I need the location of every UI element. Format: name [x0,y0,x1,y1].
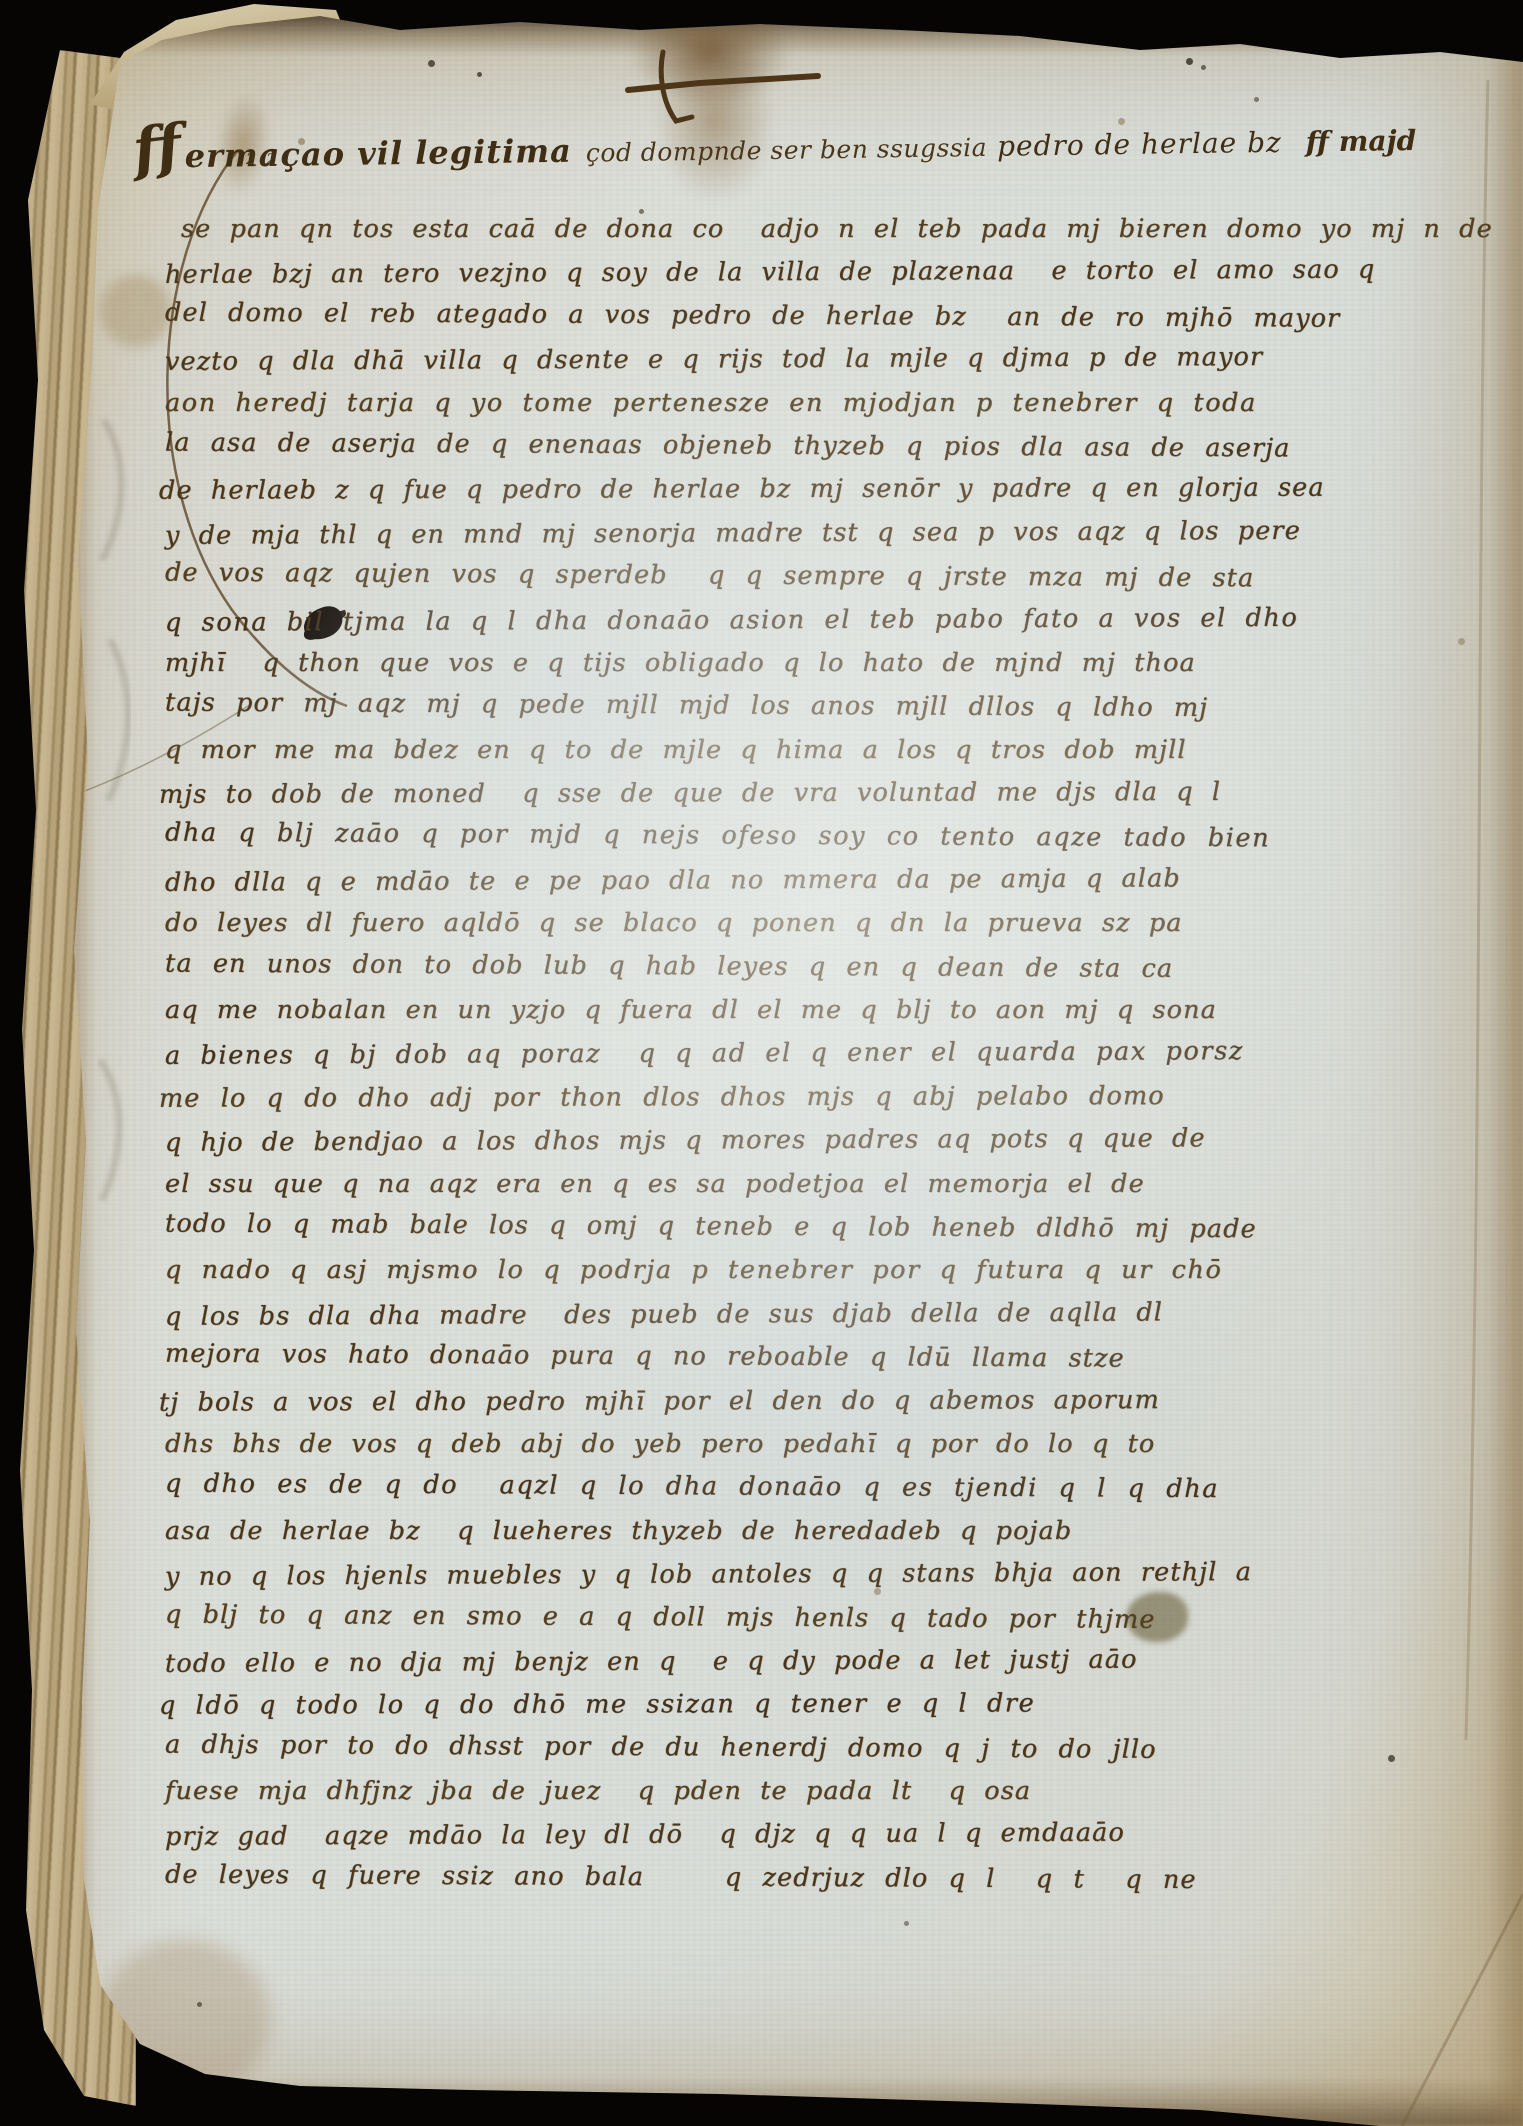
right-edge-shading [1489,40,1523,2126]
verso-show-through [100,420,128,1200]
header-title: ermaçao vil legitima [184,132,572,175]
manuscript-line: q mor me ma bdez en q to de mjle q hima … [165,729,1465,772]
manuscript-line: dha q blj zaāo q por mjd q nejs ofeso so… [165,812,1465,862]
manuscript-line: de vos aqz qujen vos q sperdeb q q sempr… [165,552,1465,602]
manuscript-line: ta en unos don to dob lub q hab leyes q … [165,942,1465,992]
manuscript-line: mejora vos hato donaāo pura q no reboabl… [165,1333,1465,1383]
manuscript-line: tj bols a vos el dho pedro mjhī por el d… [159,1378,1459,1425]
manuscript-line: se pan qn tos esta caā de dona co adjo n… [165,208,1465,251]
manuscript-line: asa de herlae bz q lueheres thyzeb de he… [165,1510,1465,1553]
manuscript-line: q hjo de bendjao a los dhos mjs q mores … [165,1116,1465,1165]
manuscript-body: se pan qn tos esta caā de dona co adjo n… [165,208,1465,1900]
manuscript-line: vezto q dla dhā villa q dsente e q rijs … [165,335,1465,384]
manuscript-line: mjs to dob de moned q sse de que de vra … [159,770,1459,817]
manuscript-line: y no q los hjenls muebles y q lob antole… [165,1550,1465,1599]
manuscript-line: aq me nobalan en un yzjo q fuera dl el m… [165,989,1465,1032]
manuscript-line: dhs bhs de vos q deb abj do yeb pero ped… [165,1423,1465,1466]
ink-specks [0,0,3,3]
manuscript-line: de herlaeb z q fue q pedro de herlae bz … [159,467,1459,514]
manuscript-line: aon heredj tarja q yo tome pertenesze en… [165,382,1465,425]
manuscript-line: y de mja thl q en mnd mj senorja madre t… [165,509,1465,558]
manuscript-line: del domo el reb ategado a vos pedro de h… [165,291,1465,341]
manuscript-line: el ssu que q na aqz era en q es sa podet… [165,1163,1465,1206]
manuscript-line: me lo q do dho adj por thon dlos dhos mj… [159,1074,1459,1121]
manuscript-line: q ldō q todo lo q do dhō me ssizan q ten… [159,1682,1459,1729]
manuscript-line: do leyes dl fuero aqldō q se blaco q pon… [165,902,1465,945]
manuscript-line: dho dlla q e mdāo te e pe pao dla no mme… [165,856,1465,905]
header-initial: ff [129,111,185,184]
manuscript-line: de leyes q fuere ssiz ano bala q zedrjuz… [165,1853,1465,1903]
manuscript-line: la asa de aserja de q enenaas objeneb th… [165,422,1465,472]
manuscript-line: herlae bzj an tero vezjno q soy de la vi… [165,249,1465,298]
manuscript-line: q los bs dla dha madre des pueb de sus d… [165,1290,1465,1339]
right-fold-crease [1466,80,1488,1740]
bottom-edge-shading [0,2078,1523,2126]
manuscript-line: q dho es de q do aqzl q lo dha donaāo q … [165,1463,1465,1513]
manuscript-line: a dhjs por to do dhsst por de du henerdj… [165,1723,1465,1773]
marginal-number: 2 2 [246,150,279,168]
manuscript-line: q blj to q anz en smo e a q doll mjs hen… [165,1593,1465,1643]
manuscript-line: mjhī q thon que vos e q tijs obligado q … [165,642,1465,685]
header-line: ffermaçao vil legitimaçod dompnde ser be… [101,77,1432,202]
stain-left-margin [100,275,172,347]
manuscript-line: todo lo q mab bale los q omj q teneb e q… [165,1203,1465,1253]
manuscript-line: a bienes q bj dob aq poraz q q ad el q e… [165,1030,1465,1079]
header-note: çod dompnde ser ben ssugssia [586,133,988,168]
manuscript-line: prjz gad aqze mdāo la ley dl dō q djz q … [165,1811,1465,1860]
manuscript-line: todo ello e no dja mj benjz en q e q dy … [165,1637,1465,1686]
header-rubric: ff majd [1306,124,1417,159]
header-name: pedro de herlae bz [997,126,1282,163]
manuscript-photo: ffermaçao vil legitimaçod dompnde ser be… [0,0,1523,2126]
manuscript-line: q nado q asj mjsmo lo q podrja p tenebre… [165,1249,1465,1292]
manuscript-line: fuese mja dhfjnz jba de juez q pden te p… [165,1770,1465,1813]
manuscript-page: ffermaçao vil legitimaçod dompnde ser be… [0,0,1523,2126]
manuscript-line: tajs por mj aqz mj q pede mjll mjd los a… [165,682,1465,732]
manuscript-line: q sona bil tjma la q l dha donaāo asion … [165,596,1465,645]
